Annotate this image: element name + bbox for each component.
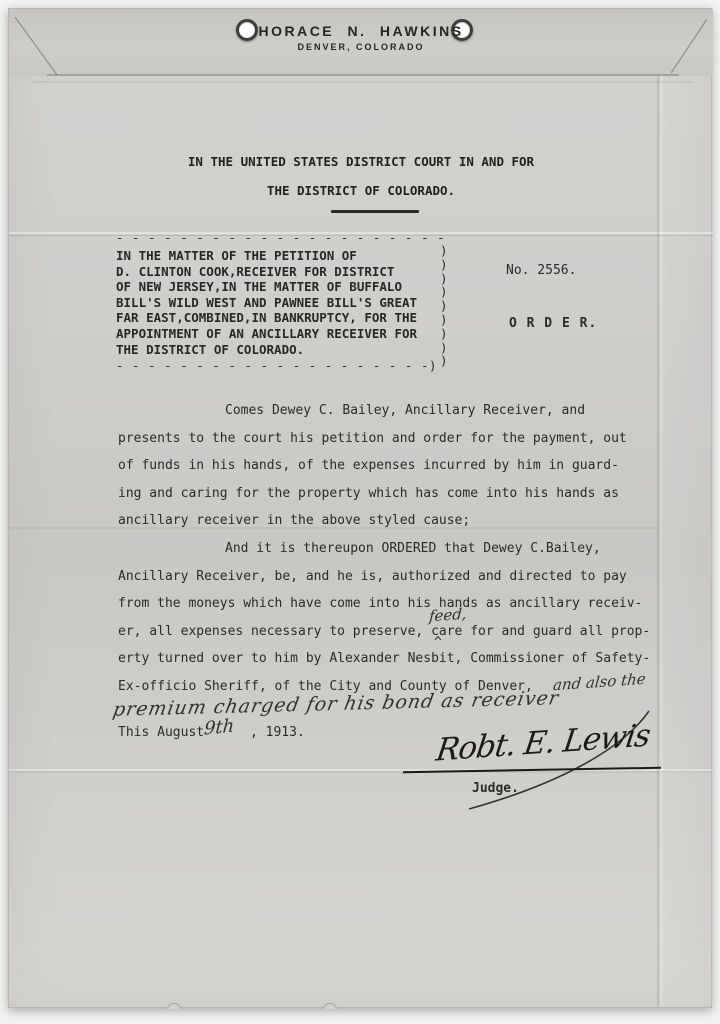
body-line: erty turned over to him by Alexander Nes… [118,645,658,673]
court-heading-line1: IN THE UNITED STATES DISTRICT COURT IN A… [9,148,713,177]
handwritten-date-day: 9th [203,715,235,739]
insertion-caret: ^ [434,635,442,650]
body-line: Ancillary Receiver, be, and he is, autho… [118,563,658,591]
body-line: from the moneys which have come into his… [118,590,658,618]
caption-bracket-column: ) ) ) ) ) ) ) ) ) [440,244,448,368]
handwritten-insert-feed: feed, [428,605,467,626]
court-heading: IN THE UNITED STATES DISTRICT COURT IN A… [9,148,713,205]
caption-paren: ) [440,244,448,258]
caption-paren: ) [440,341,448,355]
caption-line: THE DISTRICT OF COLORADO. [116,342,476,358]
caption-line: OF NEW JERSEY,IN THE MATTER OF BUFFALO [116,279,476,295]
dateline-suffix: , 1913. [250,725,305,740]
judge-title: Judge. [472,781,519,796]
court-heading-line2: THE DISTRICT OF COLORADO. [9,177,713,206]
order-body: Comes Dewey C. Bailey, Ancillary Receive… [118,397,658,701]
caption-dashes-bottom: - - - - - - - - - - - - - - - - - - - -) [116,359,476,373]
caption-paren: ) [440,313,448,327]
judge-signature: Robt. E. Lewis [411,716,675,771]
caption-text: IN THE MATTER OF THE PETITION OF D. CLIN… [116,248,476,357]
body-line: er, all expenses necessary to preserve, … [118,618,658,646]
body-line: ancillary receiver in the above styled c… [118,507,658,535]
caption-paren: ) [440,327,448,341]
caption-line: FAR EAST,COMBINED,IN BANKRUPTCY, FOR THE [116,310,476,326]
letterhead-location: DENVER, COLORADO [9,42,713,52]
bottom-page-tab-right [323,1003,337,1009]
body-line: ing and caring for the property which ha… [118,480,658,508]
caption-line: D. CLINTON COOK,RECEIVER FOR DISTRICT [116,264,476,280]
case-caption: - - - - - - - - - - - - - - - - - - - - … [116,231,476,373]
caption-paren: ) [440,258,448,272]
heading-rule [331,210,419,213]
caption-line: APPOINTMENT OF AN ANCILLARY RECEIVER FOR [116,326,476,342]
document-page: HORACE N. HAWKINS DENVER, COLORADO IN TH… [8,8,712,1008]
bottom-page-tab-left [167,1003,181,1009]
caption-dashes-top: - - - - - - - - - - - - - - - - - - - - … [116,231,476,245]
letterhead: HORACE N. HAWKINS DENVER, COLORADO [9,23,713,52]
body-line: Comes Dewey C. Bailey, Ancillary Receive… [225,397,658,425]
caption-line: BILL'S WILD WEST AND PAWNEE BILL'S GREAT [116,295,476,311]
letterhead-name: HORACE N. HAWKINS [9,23,713,39]
body-line: of funds in his hands, of the expenses i… [118,452,658,480]
case-number: No. 2556. [506,263,576,278]
caption-paren: ) [440,354,448,368]
caption-paren: ) [440,285,448,299]
caption-line: IN THE MATTER OF THE PETITION OF [116,248,476,264]
scan-background: { "letterhead": { "name": "HORACE N. HAW… [0,0,720,1024]
dateline-prefix: This August [118,725,204,740]
body-line: presents to the court his petition and o… [118,425,658,453]
caption-paren: ) [440,299,448,313]
body-line: And it is thereupon ORDERED that Dewey C… [225,535,658,563]
document-title: O R D E R. [509,316,597,331]
caption-paren: ) [440,272,448,286]
